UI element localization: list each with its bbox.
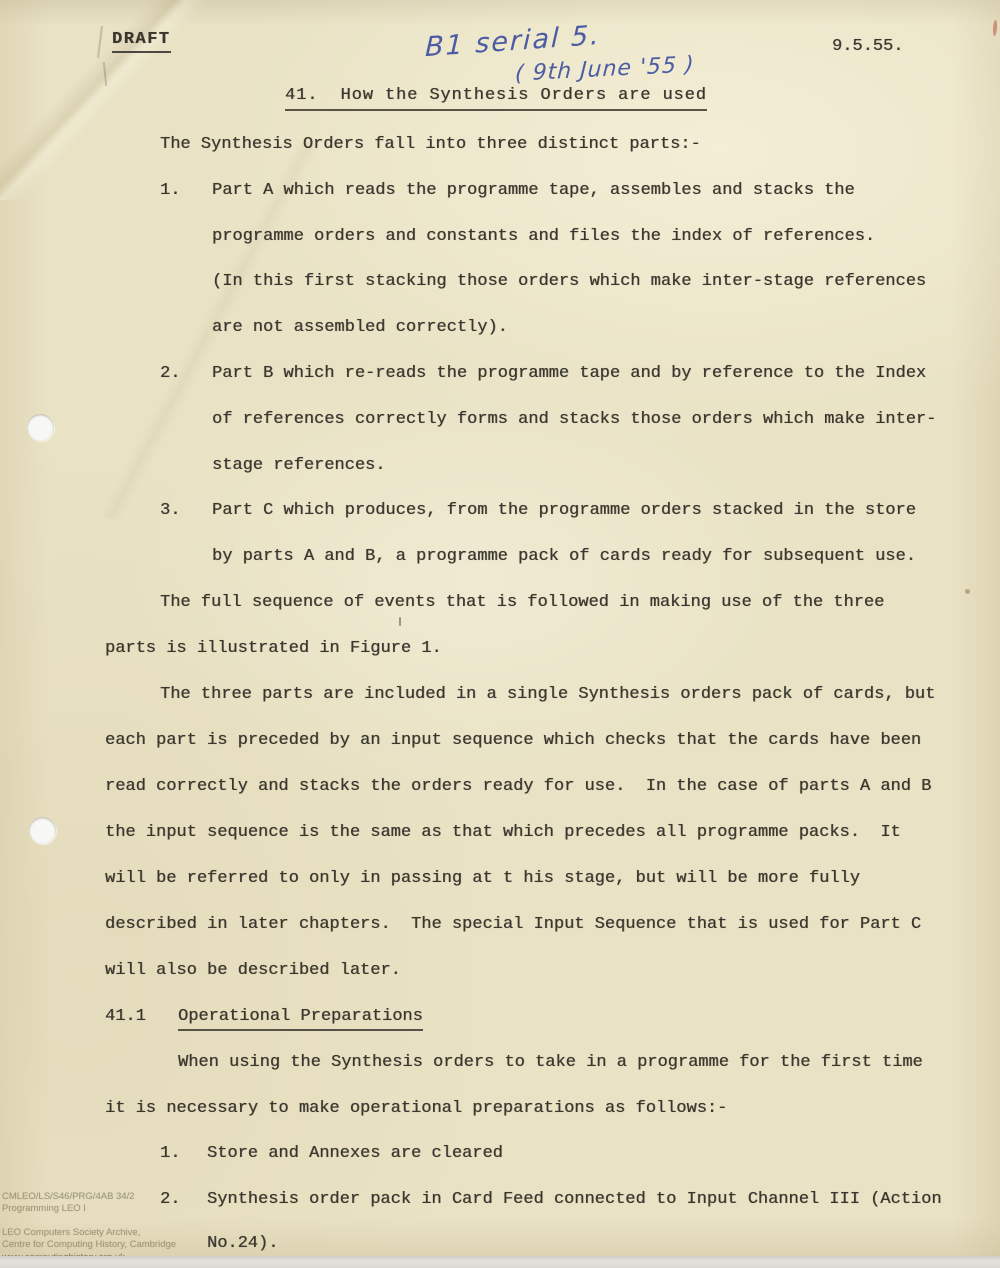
part-number: 3. (160, 501, 180, 521)
part-line: stage references. (212, 456, 385, 476)
scan-edge (0, 1256, 1000, 1268)
draft-label: DRAFT (112, 30, 171, 53)
prep-line: Store and Annexes are cleared (207, 1144, 503, 1164)
prep-line: Synthesis order pack in Card Feed connec… (207, 1190, 942, 1210)
watermark-reference: CMLEO/LS/S46/PRG/4AB 34/2 (2, 1191, 135, 1203)
prep-number: 2. (160, 1190, 180, 1210)
intro-line: The Synthesis Orders fall into three dis… (160, 135, 701, 155)
part-line: Part A which reads the programme tape, a… (212, 181, 855, 201)
body-line: parts is illustrated in Figure 1. (105, 639, 442, 659)
section-number: 41.1 (105, 1007, 146, 1027)
part-line: by parts A and B, a programme pack of ca… (212, 547, 916, 567)
document-page: DRAFT 9.5.55. B1 serial 5. ( 9th June '5… (0, 0, 1000, 1256)
pencil-mark (97, 26, 103, 58)
part-line: of references correctly forms and stacks… (212, 410, 936, 430)
body-line: When using the Synthesis orders to take … (178, 1053, 923, 1073)
body-line: read correctly and stacks the orders rea… (105, 777, 931, 797)
body-line: will also be described later. (105, 961, 401, 981)
part-number: 2. (160, 364, 180, 384)
prep-line: No.24). (207, 1234, 278, 1254)
part-line: Part C which produces, from the programm… (212, 501, 916, 521)
page-title: 41. How the Synthesis Orders are used (285, 86, 707, 111)
body-line: it is necessary to make operational prep… (105, 1099, 727, 1119)
body-line: will be referred to only in passing at t… (105, 869, 860, 889)
part-number: 1. (160, 181, 180, 201)
date-stamp: 9.5.55. (832, 37, 903, 57)
stray-ink-mark (399, 617, 401, 626)
handwritten-annotation-line1: B1 serial 5. (425, 20, 602, 63)
prep-number: 1. (160, 1144, 180, 1164)
watermark-subject: Programming LEO I (2, 1203, 86, 1215)
body-line: described in later chapters. The special… (105, 915, 921, 935)
punch-hole-top (27, 414, 54, 441)
pencil-mark (103, 62, 107, 86)
part-line: (In this first stacking those orders whi… (212, 272, 926, 292)
part-line: programme orders and constants and files… (212, 227, 875, 247)
section-heading: Operational Preparations (178, 1007, 423, 1031)
body-line: each part is preceded by an input sequen… (105, 731, 921, 751)
body-line: the input sequence is the same as that w… (105, 823, 901, 843)
watermark-archive-line2: Centre for Computing History, Cambridge (2, 1239, 176, 1251)
part-line: Part B which re-reads the programme tape… (212, 364, 926, 384)
part-line: are not assembled correctly). (212, 318, 508, 338)
red-mark (992, 20, 997, 36)
handwritten-annotation-line2: ( 9th June '55 ) (514, 52, 695, 87)
body-line: The three parts are included in a single… (160, 685, 935, 705)
watermark-archive-line1: LEO Computers Society Archive, (2, 1227, 140, 1239)
punch-hole-bottom (29, 817, 56, 844)
body-line: The full sequence of events that is foll… (160, 593, 884, 613)
paper-speck (965, 589, 970, 594)
